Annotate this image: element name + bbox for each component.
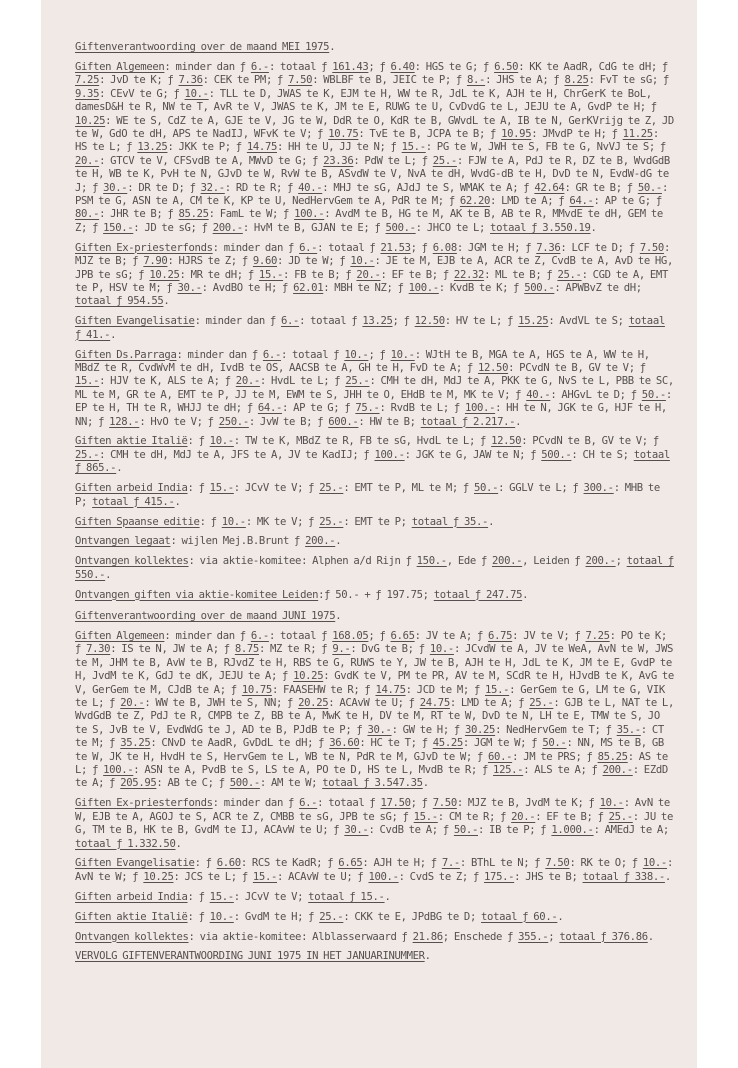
underlined-text: 161.43 <box>332 61 368 73</box>
underlined-text: 50.- <box>542 737 566 749</box>
underlined-text: 6.65 <box>391 630 415 642</box>
text: : JvD te K; ƒ <box>99 74 178 86</box>
underlined-text: totaal ƒ 3.550.19 <box>490 222 590 234</box>
text: : LMD te A; ƒ <box>450 697 529 709</box>
underlined-text: 6.50 <box>494 61 518 73</box>
text: ; <box>616 555 627 567</box>
text: : JM te PRS; ƒ <box>512 751 597 763</box>
underlined-text: 8.- <box>467 74 485 86</box>
underlined-text: 15.- <box>210 891 234 903</box>
text: : JvW te B; ƒ <box>249 416 328 428</box>
text: ; Enschede ƒ <box>443 931 518 943</box>
text: . <box>163 295 169 307</box>
text: : RvdB te L; ƒ <box>380 402 465 414</box>
text: : JD te sG; ƒ <box>133 222 212 234</box>
underlined-text: 62.20 <box>460 195 490 207</box>
text: : CvdB te A; ƒ <box>368 824 453 836</box>
text: : FamL te W; ƒ <box>209 208 294 220</box>
text: : PCvdN te B, GV te V; ƒ <box>508 362 646 374</box>
underlined-text: 10.- <box>222 516 246 528</box>
underlined-text: 8.75 <box>235 643 259 655</box>
text: : EF te B; ƒ <box>381 269 454 281</box>
underlined-text: Giftenverantwoording over de maand JUNI … <box>75 610 335 622</box>
text: : HvM te B, GJAN te E; ƒ <box>243 222 386 234</box>
text: : CKK te E, JPdBG te D; <box>343 911 481 923</box>
text: : FvT te sG; ƒ <box>589 74 669 86</box>
underlined-text: Giften Spaanse editie <box>75 516 200 528</box>
underlined-text: 168.05 <box>332 630 368 642</box>
underlined-text: 10.- <box>210 911 234 923</box>
text: : AM te W; <box>260 777 322 789</box>
text: : JMvdP te H; ƒ <box>531 128 622 140</box>
text: : totaal ƒ <box>299 315 362 327</box>
text: : DvG te B; ƒ <box>350 643 429 655</box>
text: : JV te A; ƒ <box>415 630 488 642</box>
text: : EMT te P, ML te M; ƒ <box>343 482 474 494</box>
underlined-text: 10.25 <box>149 269 179 281</box>
text: ; ƒ <box>411 797 433 809</box>
text: : CvdS te Z; ƒ <box>399 871 484 883</box>
underlined-text: 150.- <box>417 555 447 567</box>
underlined-text: 250.- <box>219 416 249 428</box>
underlined-text: 7.25 <box>586 630 610 642</box>
underlined-text: 23.36 <box>323 155 353 167</box>
underlined-text: 15.- <box>402 141 426 153</box>
text: : minder dan ƒ <box>195 315 281 327</box>
donation-paragraph: Giften Ds.Parraga: minder dan ƒ 6.-: tot… <box>75 349 675 429</box>
text: : JD te W; ƒ <box>277 255 350 267</box>
underlined-text: 25.- <box>319 911 343 923</box>
underlined-text: Giften aktie Italië <box>75 911 188 923</box>
text: : AB te C; ƒ <box>156 777 229 789</box>
underlined-text: 42.64 <box>534 182 564 194</box>
underlined-text: Giften arbeid India <box>75 482 188 494</box>
text: : HJRS te Z; ƒ <box>167 255 252 267</box>
donation-paragraph: Giften Spaanse editie: ƒ 10.-: MK te V; … <box>75 516 675 529</box>
text: : minder dan ƒ <box>164 61 250 73</box>
text: ; ƒ <box>368 630 390 642</box>
text: : ƒ <box>200 516 222 528</box>
underlined-text: 10.25 <box>143 871 173 883</box>
text: : LCF te D; ƒ <box>560 242 639 254</box>
underlined-text: 7.90 <box>143 255 167 267</box>
text: , Ede ƒ <box>447 555 492 567</box>
donation-paragraph: Giften arbeid India: ƒ 15.-: JCvV te V; … <box>75 482 675 509</box>
text: : JHS te A; ƒ <box>485 74 564 86</box>
underlined-text: 6.- <box>299 797 317 809</box>
underlined-text: 11.25 <box>623 128 653 140</box>
text: : MR te dH; ƒ <box>180 269 259 281</box>
text: : KK te AadR, CdG te dH; ƒ <box>518 61 668 73</box>
underlined-text: 21.53 <box>380 242 410 254</box>
underlined-text: 500.- <box>524 282 554 294</box>
text: : JHR te B; ƒ <box>99 208 178 220</box>
text: : NedHervGem te T; ƒ <box>495 724 617 736</box>
underlined-text: 62.01 <box>293 282 323 294</box>
donation-paragraph: Giften Ex-priesterfonds: minder dan ƒ 6.… <box>75 242 675 309</box>
underlined-text: Giften Ds.Parraga <box>75 349 176 361</box>
underlined-text: 10.75 <box>242 684 272 696</box>
underlined-text: 25.- <box>557 269 581 281</box>
underlined-text: Giften Ex-priesterfonds <box>75 797 213 809</box>
underlined-text: Giften Evangelisatie <box>75 315 195 327</box>
underlined-text: 6.08 <box>433 242 457 254</box>
text: : EMT te P; <box>343 516 411 528</box>
underlined-text: Giften Algemeen <box>75 630 164 642</box>
text: . <box>515 416 521 428</box>
text: : ML te B; ƒ <box>484 269 557 281</box>
underlined-text: 125.- <box>493 764 523 776</box>
text: : HH te U, JJ te N; ƒ <box>277 141 402 153</box>
underlined-text: 32.- <box>201 182 225 194</box>
text: : LMD te A; ƒ <box>490 195 569 207</box>
text: : KvdB te K; ƒ <box>439 282 524 294</box>
text: : CMH te dH, MdJ te A, JFS te A, JV te K… <box>99 449 374 461</box>
text: : minder dan ƒ <box>213 797 299 809</box>
underlined-text: 6.60 <box>217 857 241 869</box>
text: : totaal ƒ <box>281 349 344 361</box>
text: . <box>648 931 654 943</box>
document-body: Giftenverantwoording over de maand MEI 1… <box>75 41 675 970</box>
text: : FAASEHW te R; ƒ <box>272 684 376 696</box>
text: : PCvdN te B, GV te V; ƒ <box>521 435 659 447</box>
text: : GR te B; ƒ <box>564 182 637 194</box>
text: : IS te N, JW te A; ƒ <box>110 643 235 655</box>
underlined-text: 25.- <box>609 811 633 823</box>
underlined-text: 21.86 <box>413 931 443 943</box>
text: . <box>488 516 494 528</box>
underlined-text: 10.- <box>643 857 667 869</box>
text: : JHCO te L; <box>416 222 490 234</box>
underlined-text: 15.- <box>414 811 438 823</box>
underlined-text: 150.- <box>103 222 133 234</box>
underlined-text: totaal ƒ 247.75 <box>434 589 522 601</box>
text: : BThL te N; ƒ <box>460 857 545 869</box>
underlined-text: totaal ƒ 35.- <box>412 516 488 528</box>
text: : MHJ te sG, AJdJ te S, WMAK te A; ƒ <box>322 182 534 194</box>
text: : HC te T; ƒ <box>359 737 432 749</box>
underlined-text: 7.50 <box>545 857 569 869</box>
underlined-text: 7.36 <box>179 74 203 86</box>
underlined-text: VERVOLG GIFTENVERANTWOORDING JUNI 1975 I… <box>75 950 425 962</box>
underlined-text: 7.25 <box>75 74 99 86</box>
text: : totaal ƒ <box>269 61 332 73</box>
underlined-text: 100.- <box>465 402 495 414</box>
text: : CNvD te AadR, GvDdL te dH; ƒ <box>150 737 329 749</box>
underlined-text: 10.25 <box>75 115 105 127</box>
text: : HvO te V; ƒ <box>139 416 218 428</box>
underlined-text: 85.25 <box>598 751 628 763</box>
underlined-text: totaal ƒ 954.55 <box>75 295 163 307</box>
text: : totaal ƒ <box>317 797 380 809</box>
underlined-text: Giftenverantwoording over de maand MEI 1… <box>75 41 329 53</box>
underlined-text: 30.- <box>367 724 391 736</box>
underlined-text: 15.25 <box>518 315 548 327</box>
underlined-text: 6.75 <box>488 630 512 642</box>
underlined-text: 60.- <box>488 751 512 763</box>
text: . <box>335 610 341 622</box>
underlined-text: 7.50 <box>433 797 457 809</box>
text: : JHS te B; <box>514 871 582 883</box>
text: : ƒ <box>195 857 217 869</box>
underlined-text: 6.- <box>251 630 269 642</box>
underlined-text: 10.- <box>350 255 374 267</box>
text: : ƒ <box>188 911 210 923</box>
text: ; <box>548 931 559 943</box>
underlined-text: 6.- <box>299 242 317 254</box>
text: : wijlen Mej.B.Brunt ƒ <box>170 535 305 547</box>
underlined-text: 100.- <box>103 764 133 776</box>
underlined-text: 6.65 <box>338 857 362 869</box>
underlined-text: 10.- <box>185 88 209 100</box>
underlined-text: 15.- <box>485 684 509 696</box>
text: : minder dan ƒ <box>213 242 299 254</box>
underlined-text: 14.75 <box>247 141 277 153</box>
underlined-text: 50.- <box>638 182 662 194</box>
underlined-text: Giften aktie Italië <box>75 435 188 447</box>
underlined-text: 20.- <box>511 811 535 823</box>
section-heading: Giftenverantwoording over de maand MEI 1… <box>75 41 675 54</box>
text: : TW te K, MBdZ te R, FB te sG, HvdL te … <box>234 435 491 447</box>
underlined-text: Ontvangen kollektes <box>75 555 189 567</box>
underlined-text: 25.- <box>319 482 343 494</box>
underlined-text: 7.- <box>442 857 460 869</box>
underlined-text: 10.25 <box>293 670 323 682</box>
underlined-text: 500.- <box>386 222 416 234</box>
underlined-text: Giften Ex-priesterfonds <box>75 242 213 254</box>
text: : TvE te B, JCPA te B; ƒ <box>358 128 501 140</box>
text: : minder dan ƒ <box>164 630 250 642</box>
underlined-text: 7.50 <box>288 74 312 86</box>
underlined-text: 6.40 <box>391 61 415 73</box>
text: : HGS te G; ƒ <box>415 61 494 73</box>
text: . <box>591 222 597 234</box>
underlined-text: 200.- <box>492 555 522 567</box>
underlined-text: 7.36 <box>536 242 560 254</box>
text: : AP te G; ƒ <box>594 195 662 207</box>
text: : ƒ <box>188 482 210 494</box>
underlined-text: 10.75 <box>328 128 358 140</box>
text: ; ƒ <box>368 349 390 361</box>
text: ; ƒ <box>411 242 433 254</box>
underlined-text: 40.- <box>298 182 322 194</box>
underlined-text: totaal ƒ 415.- <box>92 496 174 508</box>
underlined-text: 25.- <box>345 375 369 387</box>
typewritten-page: Giftenverantwoording over de maand MEI 1… <box>41 0 697 1068</box>
donation-paragraph: Giften aktie Italië: ƒ 10.-: GvdM te H; … <box>75 911 675 924</box>
underlined-text: 100.- <box>368 871 398 883</box>
text: : HJV te K, ALS te A; ƒ <box>99 375 236 387</box>
donation-paragraph: Giften aktie Italië: ƒ 10.-: TW te K, MB… <box>75 435 675 475</box>
text: : GW te H; ƒ <box>392 724 465 736</box>
text: : JCD te M; ƒ <box>406 684 485 696</box>
underlined-text: 9.60 <box>253 255 277 267</box>
underlined-text: 85.25 <box>179 208 209 220</box>
text: : ACAvW te U; ƒ <box>328 697 419 709</box>
underlined-text: 64.- <box>258 402 282 414</box>
underlined-text: 1.000.- <box>551 824 593 836</box>
underlined-text: 13.25 <box>362 315 392 327</box>
text: . <box>522 589 528 601</box>
text: : ASN te A, PvdB te S, LS te A, PO te D,… <box>133 764 493 776</box>
text: : AJH te H; ƒ <box>362 857 441 869</box>
donation-paragraph: Ontvangen giften via aktie-komitee Leide… <box>75 589 675 602</box>
text: : HV te L; ƒ <box>445 315 518 327</box>
underlined-text: 500.- <box>541 449 571 461</box>
text: : CM te R; ƒ <box>438 811 511 823</box>
underlined-text: 6.- <box>281 315 299 327</box>
underlined-text: 100.- <box>409 282 439 294</box>
underlined-text: 12.50 <box>478 362 508 374</box>
underlined-text: 205.95 <box>120 777 156 789</box>
text: : ƒ <box>188 435 210 447</box>
underlined-text: 20.- <box>75 155 99 167</box>
donation-paragraph: Giften Ex-priesterfonds: minder dan ƒ 6.… <box>75 797 675 851</box>
text: : APWBvZ te dH; <box>554 282 641 294</box>
text: : HvdL te L; ƒ <box>260 375 345 387</box>
text: . <box>116 462 122 474</box>
underlined-text: 600.- <box>328 416 358 428</box>
underlined-text: 20.- <box>236 375 260 387</box>
underlined-text: 9.35 <box>75 88 99 100</box>
underlined-text: 30.- <box>178 282 202 294</box>
text: : ALS te A; ƒ <box>523 764 602 776</box>
underlined-text: 10.- <box>344 349 368 361</box>
donation-paragraph: Ontvangen kollektes: via aktie-komitee: … <box>75 555 675 582</box>
text: : WBLBF te B, JEIC te P; ƒ <box>312 74 467 86</box>
text: : AP te G; ƒ <box>282 402 355 414</box>
text: : MK te V; ƒ <box>246 516 319 528</box>
text: : PG te W, JWH te S, FB te G, NvVJ te S;… <box>426 141 666 153</box>
underlined-text: 20.- <box>356 269 380 281</box>
text: : JGM te H; ƒ <box>457 242 536 254</box>
text: : PdW te L; ƒ <box>353 155 432 167</box>
text: : WW te B, JWH te S, NN; ƒ <box>144 697 298 709</box>
text: : ACAvW te U; ƒ <box>277 871 368 883</box>
text: : JV te V; ƒ <box>512 630 585 642</box>
underlined-text: totaal ƒ 60.- <box>481 911 557 923</box>
text: : RK te O; ƒ <box>569 857 642 869</box>
text: : CH te S; <box>571 449 633 461</box>
donation-paragraph: Ontvangen legaat: wijlen Mej.B.Brunt ƒ 2… <box>75 535 675 548</box>
text: : AvdVL te S; <box>548 315 628 327</box>
underlined-text: 80.- <box>75 208 99 220</box>
text: : MZ te R; ƒ <box>259 643 332 655</box>
text: : IB te P; ƒ <box>478 824 551 836</box>
underlined-text: 10.- <box>430 643 454 655</box>
text: : totaal ƒ <box>269 630 332 642</box>
underlined-text: 200.- <box>603 764 633 776</box>
underlined-text: 25.- <box>319 516 343 528</box>
underlined-text: 75.- <box>355 402 379 414</box>
underlined-text: 22.32 <box>454 269 484 281</box>
underlined-text: 35.25 <box>120 737 150 749</box>
underlined-text: 12.50 <box>415 315 445 327</box>
underlined-text: 36.60 <box>329 737 359 749</box>
text: : AvdBO te H; ƒ <box>202 282 293 294</box>
text: . <box>110 329 116 341</box>
underlined-text: 20.25 <box>298 697 328 709</box>
underlined-text: Giften Algemeen <box>75 61 164 73</box>
donation-paragraph: Giften Evangelisatie: ƒ 6.60: RCS te Kad… <box>75 857 675 884</box>
text: :ƒ 50.- + ƒ 197.75; <box>318 589 434 601</box>
underlined-text: 10.- <box>600 797 624 809</box>
text: : ƒ <box>188 891 210 903</box>
underlined-text: 45.25 <box>433 737 463 749</box>
underlined-text: 35.- <box>617 724 641 736</box>
underlined-text: 300.- <box>584 482 614 494</box>
underlined-text: 30.- <box>103 182 127 194</box>
underlined-text: 100.- <box>374 449 404 461</box>
underlined-text: totaal ƒ 2.217.- <box>421 416 515 428</box>
underlined-text: 50.- <box>454 824 478 836</box>
text: . <box>425 950 431 962</box>
underlined-text: 200.- <box>213 222 243 234</box>
underlined-text: 50.- <box>642 389 666 401</box>
underlined-text: totaal ƒ 1.332.50 <box>75 838 175 850</box>
underlined-text: 30.- <box>344 824 368 836</box>
text: : FB te B; ƒ <box>283 269 356 281</box>
text: . <box>329 41 335 53</box>
text: . <box>665 871 671 883</box>
text: : JCvV te V; ƒ <box>234 482 319 494</box>
underlined-text: 100.- <box>294 208 324 220</box>
text: : DR te D; ƒ <box>127 182 200 194</box>
text: : GvdM te H; ƒ <box>234 911 319 923</box>
underlined-text: totaal ƒ 338.- <box>583 871 665 883</box>
text: : JCS te L; ƒ <box>173 871 252 883</box>
underlined-text: 25.- <box>75 449 99 461</box>
underlined-text: 20.- <box>120 697 144 709</box>
text: . <box>557 911 563 923</box>
underlined-text: 200.- <box>585 555 615 567</box>
underlined-text: 13.25 <box>137 141 167 153</box>
underlined-text: 64.- <box>569 195 593 207</box>
text: ; ƒ <box>393 315 415 327</box>
underlined-text: totaal ƒ 3.547.35 <box>322 777 422 789</box>
underlined-text: 128.- <box>109 416 139 428</box>
underlined-text: 9.- <box>332 643 350 655</box>
underlined-text: 8.25 <box>564 74 588 86</box>
underlined-text: 7.50 <box>640 242 664 254</box>
text: : MBH te NZ; ƒ <box>323 282 408 294</box>
text: . <box>105 569 111 581</box>
underlined-text: 15.- <box>210 482 234 494</box>
text: : via aktie-komitee: Alblasserwaard ƒ <box>189 931 413 943</box>
text: . <box>175 496 181 508</box>
text: . <box>175 838 181 850</box>
underlined-text: 30.25 <box>465 724 495 736</box>
underlined-text: 10.- <box>391 349 415 361</box>
underlined-text: 500.- <box>230 777 260 789</box>
text: . <box>335 535 341 547</box>
underlined-text: 40.- <box>526 389 550 401</box>
donation-paragraph: Giften Algemeen: minder dan ƒ 6.-: totaa… <box>75 61 675 235</box>
text: : AMEdJ te A; <box>594 824 669 836</box>
underlined-text: totaal ƒ 15.- <box>308 891 384 903</box>
underlined-text: 17.50 <box>380 797 410 809</box>
text: : GTCV te V, CFSvdB te A, MWvD te G; ƒ <box>99 155 323 167</box>
underlined-text: 355.- <box>518 931 548 943</box>
underlined-text: 6.- <box>263 349 281 361</box>
underlined-text: 175.- <box>484 871 514 883</box>
underlined-text: 25.- <box>529 697 553 709</box>
underlined-text: 15.- <box>259 269 283 281</box>
underlined-text: 15.- <box>253 871 277 883</box>
underlined-text: 50.- <box>474 482 498 494</box>
text: : AHGvL te D; ƒ <box>550 389 641 401</box>
text: : HW te B; <box>358 416 420 428</box>
